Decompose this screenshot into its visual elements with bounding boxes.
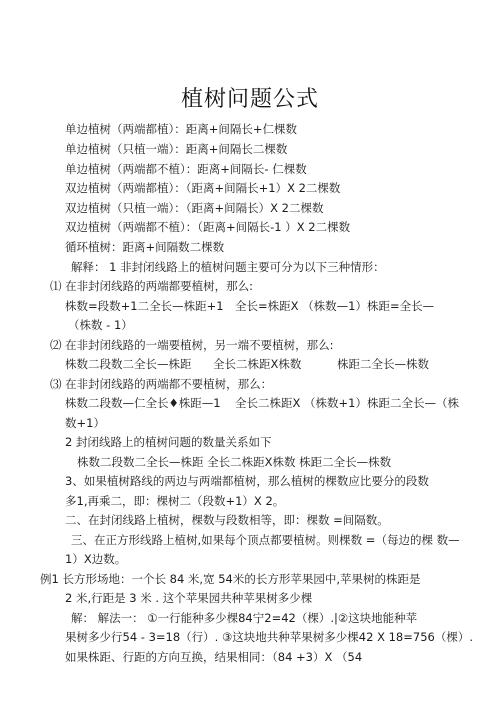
formula-line: 双边植树（只植一端）：（距离+间隔长）X 2二棵数 — [65, 201, 323, 215]
rule-three-line-2: 1）X边数。 — [65, 552, 126, 566]
formula-line: 单边植树（两端都不植）：距离+间隔长- 仁棵数 — [65, 162, 307, 176]
closed-route-heading: 2 封闭线路上的植树问题的数量关系如下 — [65, 435, 271, 449]
example-line-3: 解： 解法一： ①一行能种多少棵84宁2=42（棵）.|②这块地能种苹 — [71, 611, 417, 625]
explanation-intro: 解释： 1 非封闭线路上的植树问题主要可分为以下三种情形： — [71, 260, 385, 274]
page-title: 植树问题公式 — [0, 82, 500, 113]
case1-formula-2-cont: （株数 - 1） — [68, 318, 133, 332]
case3-heading: ⑶ 在非封闭线路的两端都不要植树，那么： — [50, 377, 272, 391]
case2-formula-3: 株距二全长—株数 — [337, 357, 429, 371]
case2-heading: ⑵ 在非封闭线路的一端要植树，另一端不要植树，那么: — [50, 338, 334, 352]
case1-formula-1: 株数=段数+1二全长—株距+1 — [65, 299, 224, 313]
rule-three-line-1: 三、在正方形线路上植树,如果每个顶点都要植树。则棵数 =（每边的棵 数— — [71, 533, 460, 547]
case2-formula-1: 株数二段数二全长—株距 — [65, 357, 192, 371]
formula-line: 循环植树：距离+间隔数二棵数 — [65, 240, 224, 254]
rule-two: 二、在封闭线路上植树，棵数与段数相等，即：棵数 =间隔数。 — [65, 513, 389, 527]
rule3-line-2: 多1,再乘二，即：棵树二（段数+1）X 2。 — [65, 494, 284, 508]
formula-line: 双边植树（两端都不植）：（距离+间隔长-1 ）X 2二棵数 — [65, 220, 350, 234]
case1-heading: ⑴ 在非封闭线路的两端都要植树，那么: — [50, 279, 253, 293]
formula-line: 单边植树（只植一端）：距离+间隔长二棵数 — [65, 142, 287, 156]
example-line-5: 如果株距、行距的方向互换，结果相同：（84 +3）X （54 — [65, 650, 362, 664]
formula-line: 单边植树（两端都植）：距离+间隔长+仁棵数 — [65, 122, 297, 136]
case2-formula-2: 全长二株距X株数 — [213, 357, 301, 371]
case3-formula-2: 全长二株距X （株数+1）株距二全长—（株 — [235, 396, 459, 410]
example-line-4: 果树多少行54 - 3=18（行）. ③这块地共种苹果树多少棵42 X 18=7… — [65, 630, 473, 644]
example-line-1: 例1 长方形场地：一个长 84 米,宽 54米的长方形苹果园中,苹果树的株距是 — [40, 572, 421, 586]
case3-formula-1: 株数二段数—仁全长♦株距—1 — [65, 396, 221, 410]
rule3-line-1: 3、如果植树路线的两边与两端都植树，那么植树的棵数应比要分的段数 — [65, 474, 429, 488]
closed-route-formula: 株数二段数二全长—株距 全长二株距X株数 株距二全长—株数 — [77, 455, 391, 469]
case3-formula-2-cont: 数+1） — [65, 416, 105, 430]
example-line-2: 2 米,行距是 3 米 . 这个苹果园共种苹果树多少棵 — [65, 591, 312, 605]
formula-line: 双边植树（两端都植）：（距离+间隔长+1）X 2二棵数 — [65, 181, 340, 195]
case1-formula-2: 全长=株距X （株数—1）株距=全长— — [235, 299, 434, 313]
